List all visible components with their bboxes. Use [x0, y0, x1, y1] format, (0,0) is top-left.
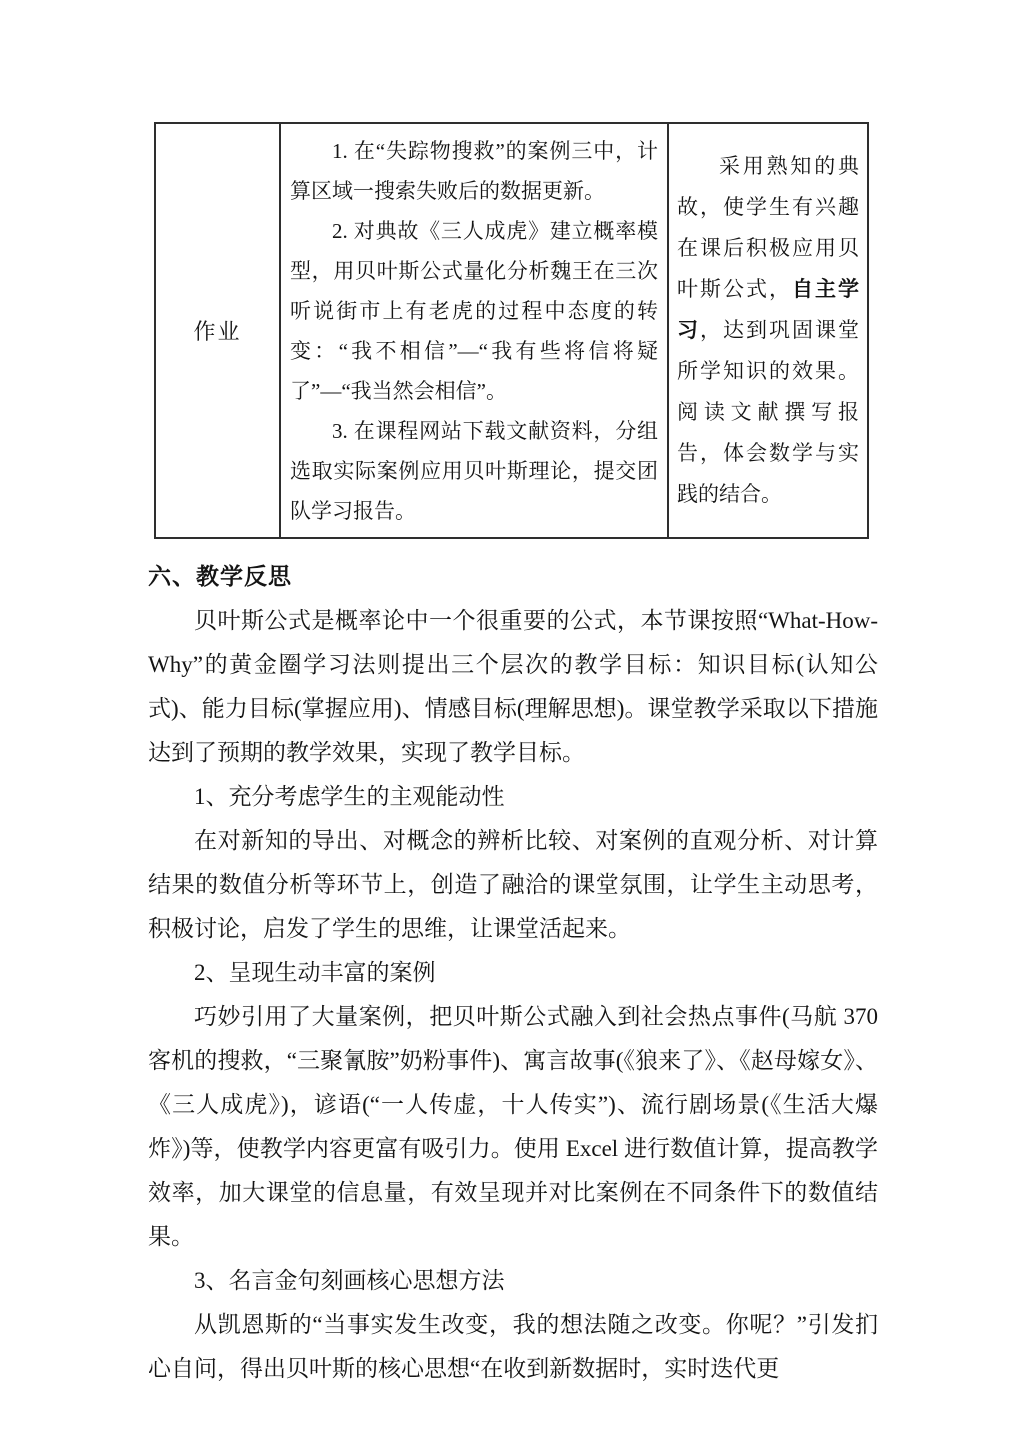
reflection-paragraph-intro: 贝叶斯公式是概率论中一个很重要的公式，本节课按照“What-How-Why”的黄…: [148, 599, 878, 775]
reflection-subheading-1: 1、充分考虑学生的主观能动性: [148, 775, 878, 819]
page-content: 作业 1. 在“失踪物搜救”的案例三中，计算区域一搜索失败后的数据更新。 2. …: [148, 122, 878, 1391]
homework-item-3: 3. 在课程网站下载文献资料，分组选取实际案例应用贝叶斯理论，提交团队学习报告。: [290, 411, 658, 531]
reflection-subheading-3: 3、名言金句刻画核心思想方法: [148, 1259, 878, 1303]
reflection-paragraph-1: 在对新知的导出、对概念的辨析比较、对案例的直观分析、对计算结果的数值分析等环节上…: [148, 819, 878, 951]
reflection-paragraph-3: 从凯恩斯的“当事实发生改变，我的想法随之改变。你呢？”引发扪心自问，得出贝叶斯的…: [148, 1303, 878, 1391]
design-intent-after: ，达到巩固课堂所学知识的效果。阅读文献撰写报告，体会数学与实践的结合。: [677, 318, 859, 506]
design-intent-cell: 采用熟知的典故，使学生有兴趣在课后积极应用贝叶斯公式，自主学习，达到巩固课堂所学…: [668, 123, 868, 538]
design-intent-text: 采用熟知的典故，使学生有兴趣在课后积极应用贝叶斯公式，自主学习，达到巩固课堂所学…: [677, 146, 859, 515]
document-page: 作业 1. 在“失踪物搜救”的案例三中，计算区域一搜索失败后的数据更新。 2. …: [0, 0, 1024, 1448]
reflection-paragraph-2: 巧妙引用了大量案例，把贝叶斯公式融入到社会热点事件(马航 370 客机的搜救，“…: [148, 995, 878, 1259]
homework-row-label-cell: 作业: [155, 123, 280, 538]
table-row: 作业 1. 在“失踪物搜救”的案例三中，计算区域一搜索失败后的数据更新。 2. …: [155, 123, 868, 538]
homework-items-cell: 1. 在“失踪物搜救”的案例三中，计算区域一搜索失败后的数据更新。 2. 对典故…: [280, 123, 668, 538]
reflection-subheading-2: 2、呈现生动丰富的案例: [148, 951, 878, 995]
homework-table: 作业 1. 在“失踪物搜救”的案例三中，计算区域一搜索失败后的数据更新。 2. …: [154, 122, 869, 539]
homework-item-2: 2. 对典故《三人成虎》建立概率模型，用贝叶斯公式量化分析魏王在三次听说街市上有…: [290, 211, 658, 411]
homework-item-1: 1. 在“失踪物搜救”的案例三中，计算区域一搜索失败后的数据更新。: [290, 131, 658, 211]
section-heading: 六、教学反思: [148, 555, 878, 599]
homework-row-label: 作业: [193, 319, 241, 344]
